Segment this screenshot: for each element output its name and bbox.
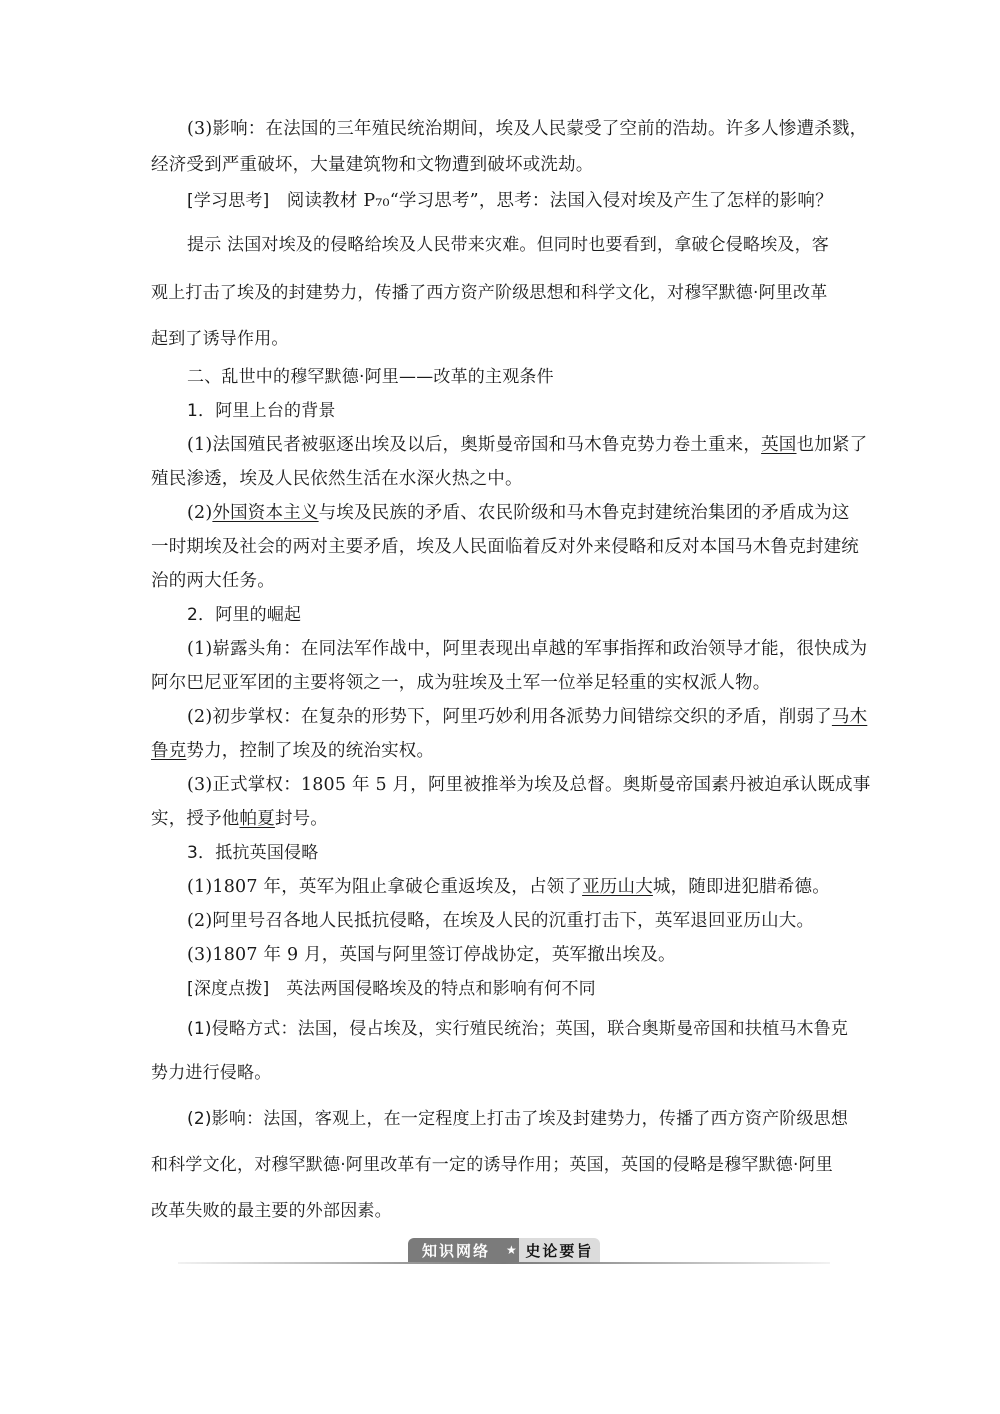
banner-right-label: 史论要旨 <box>519 1238 600 1262</box>
hint-line3: 起到了诱导作用。 <box>151 328 289 350</box>
subheading-2: 2．阿里的崛起 <box>187 604 301 626</box>
text: (2)初步掌权：在复杂的形势下，阿里巧妙利用各派势力间错综交织的矛盾，削弱了 <box>187 707 832 727</box>
text: (1)1807 年，英军为阻止拿破仑重返埃及，占领了 <box>187 877 582 897</box>
deep-p1-line2: 势力进行侵略。 <box>151 1062 271 1084</box>
subheading-1: 1．阿里上台的背景 <box>187 400 336 422</box>
sub2-p2-line2: 鲁克势力，控制了埃及的统治实权。 <box>151 740 434 762</box>
sub1-p2-line2: 一时期埃及社会的两对主要矛盾，埃及人民面临着反对外来侵略和反对本国马木鲁克封建统 <box>151 536 859 558</box>
study-think-label: [学习思考] <box>187 191 269 211</box>
underlined-term: 鲁克 <box>151 741 186 761</box>
hint-line1: 提示 法国对埃及的侵略给埃及人民带来灾难。但同时也要看到，拿破仑侵略埃及，客 <box>187 234 829 256</box>
sub3-p1: (1)1807 年，英军为阻止拿破仑重返埃及，占领了亚历山大城，随即进犯腊希德。 <box>187 876 830 898</box>
banner-left-label: 知识网络 <box>408 1238 504 1262</box>
text: 也加紧了 <box>797 435 868 455</box>
text: (1)法国殖民者被驱逐出埃及以后，奥斯曼帝国和马木鲁克势力卷土重来， <box>187 435 761 455</box>
banner-tab: 知识网络 ★ 史论要旨 <box>408 1238 600 1262</box>
text: 城，随即进犯腊希德。 <box>653 877 830 897</box>
sub1-p1-line2: 殖民渗透，埃及人民依然生活在水深火热之中。 <box>151 468 523 490</box>
text: 封号。 <box>275 809 328 829</box>
subheading-3: 3．抵抗英国侵略 <box>187 842 318 864</box>
deep-p1-line1: (1)侵略方式：法国，侵占埃及，实行殖民统治；英国，联合奥斯曼帝国和扶植马木鲁克 <box>187 1018 848 1040</box>
text: 与埃及民族的矛盾、农民阶级和马木鲁克封建统治集团的矛盾成为这 <box>319 503 850 523</box>
underlined-term: 外国资本主义 <box>212 503 318 523</box>
sub2-p3-line1: (3)正式掌权：1805 年 5 月，阿里被推举为埃及总督。奥斯曼帝国素丹被迫承… <box>187 774 870 796</box>
text: (2) <box>187 503 212 523</box>
hint-line2: 观上打击了埃及的封建势力，传播了西方资产阶级思想和科学文化，对穆罕默德·阿里改革 <box>151 282 827 304</box>
sub1-p1-line1: (1)法国殖民者被驱逐出埃及以后，奥斯曼帝国和马木鲁克势力卷土重来，英国也加紧了 <box>187 434 867 456</box>
sub2-p1-line1: (1)崭露头角：在同法军作战中，阿里表现出卓越的军事指挥和政治领导才能，很快成为 <box>187 638 867 660</box>
study-think-text: 阅读教材 P₇₀“学习思考”，思考：法国入侵对埃及产生了怎样的影响？ <box>287 191 833 211</box>
underlined-term: 亚历山大 <box>582 877 653 897</box>
text: 实，授予他 <box>151 809 240 829</box>
study-think: [学习思考] 阅读教材 P₇₀“学习思考”，思考：法国入侵对埃及产生了怎样的影响… <box>187 190 833 212</box>
star-icon: ★ <box>504 1238 519 1262</box>
deep-insight-title: 英法两国侵略埃及的特点和影响有何不同 <box>286 979 596 999</box>
impact-paragraph-line2: 经济受到严重破坏，大量建筑物和文物遭到破坏或洗劫。 <box>151 154 594 176</box>
banner-rule <box>178 1262 830 1264</box>
sub2-p1-line2: 阿尔巴尼亚军团的主要将领之一，成为驻埃及土军一位举足轻重的实权派人物。 <box>151 672 771 694</box>
sub1-p2-line1: (2)外国资本主义与埃及民族的矛盾、农民阶级和马木鲁克封建统治集团的矛盾成为这 <box>187 502 850 524</box>
deep-insight: [深度点拨] 英法两国侵略埃及的特点和影响有何不同 <box>187 978 596 1000</box>
impact-paragraph-line1: (3)影响：在法国的三年殖民统治期间，埃及人民蒙受了空前的浩劫。许多人惨遭杀戮， <box>187 118 867 140</box>
text: 势力，控制了埃及的统治实权。 <box>186 741 434 761</box>
sub3-p3: (3)1807 年 9 月，英国与阿里签订停战协定，英军撤出埃及。 <box>187 944 676 966</box>
deep-insight-label: [深度点拨] <box>187 979 269 999</box>
section-heading-2: 二、乱世中的穆罕默德·阿里——改革的主观条件 <box>187 366 554 388</box>
deep-p2-line2: 和科学文化，对穆罕默德·阿里改革有一定的诱导作用；英国，英国的侵略是穆罕默德·阿… <box>151 1154 833 1176</box>
deep-p2-line1: (2)影响：法国，客观上，在一定程度上打击了埃及封建势力，传播了西方资产阶级思想 <box>187 1108 848 1130</box>
underlined-term: 马木 <box>832 707 867 727</box>
sub2-p2-line1: (2)初步掌权：在复杂的形势下，阿里巧妙利用各派势力间错综交织的矛盾，削弱了马木 <box>187 706 867 728</box>
section-banner: 知识网络 ★ 史论要旨 <box>178 1238 830 1266</box>
deep-p2-line3: 改革失败的最主要的外部因素。 <box>151 1200 392 1222</box>
sub3-p2: (2)阿里号召各地人民抵抗侵略，在埃及人民的沉重打击下，英军退回亚历山大。 <box>187 910 814 932</box>
underlined-term: 英国 <box>761 435 796 455</box>
underlined-term: 帕夏 <box>240 809 275 829</box>
sub1-p2-line3: 治的两大任务。 <box>151 570 275 592</box>
sub2-p3-line2: 实，授予他帕夏封号。 <box>151 808 328 830</box>
